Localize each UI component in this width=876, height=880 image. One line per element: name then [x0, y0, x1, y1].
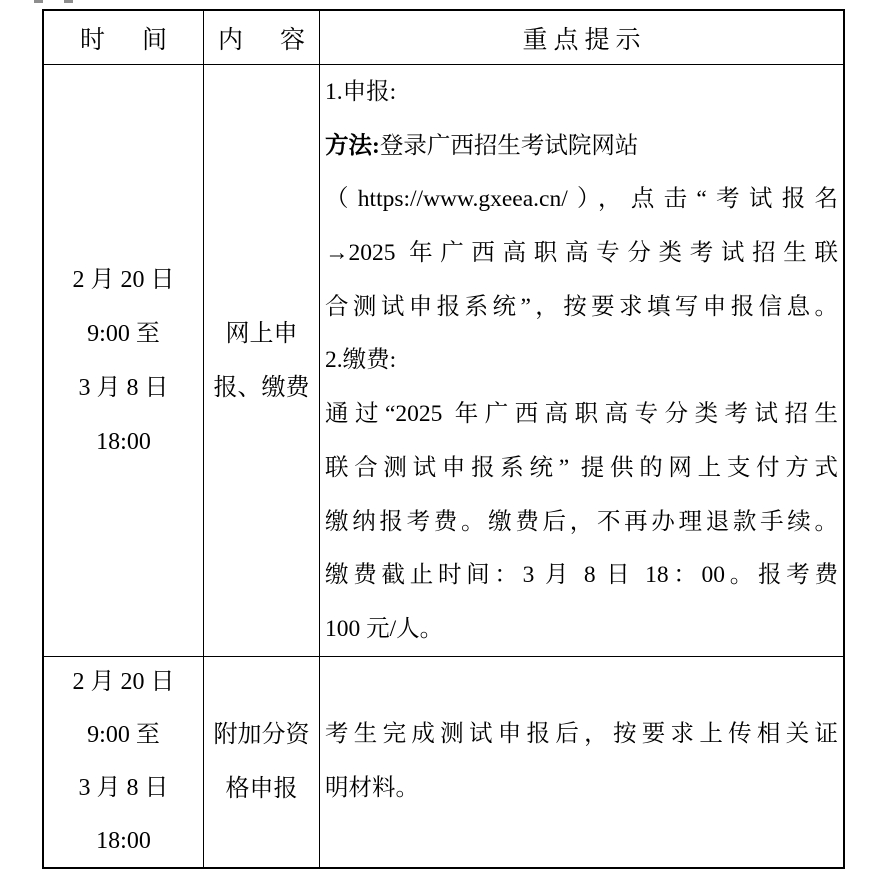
tips-line: 2.缴费: — [325, 334, 838, 388]
header-cell-time: 时 间 — [44, 11, 204, 65]
time-line: 9:00 至 — [87, 307, 160, 361]
header-cell-content: 内 容 — [204, 11, 320, 65]
tips-line: 缴费截止时间：3 月 8 日 18：00。报考费 — [325, 549, 838, 603]
header-cell-tips: 重点提示 — [320, 11, 843, 65]
tips-line: →2025 年广西高职高专分类考试招生联 — [325, 227, 838, 281]
content-line: 附加分资 — [214, 708, 310, 762]
tips-line: 1.申报: — [325, 66, 838, 120]
time-line: 3 月 8 日 — [79, 762, 169, 815]
tips-line: 方法:登录广西招生考试院网站 — [325, 120, 838, 174]
tips-line: 100 元/人。 — [325, 603, 838, 657]
tips-line: 明材料。 — [325, 762, 838, 816]
header-time-label: 时 间 — [74, 20, 173, 56]
row1-tips-cell: 1.申报: 方法:登录广西招生考试院网站 （https://www.gxeea.… — [320, 65, 843, 657]
tips-line: 缴纳报考费。缴费后，不再办理退款手续。 — [325, 496, 838, 550]
content-line: 格申报 — [226, 762, 298, 816]
content-line: 报、缴费 — [214, 361, 310, 415]
tips-line: 考生完成测试申报后，按要求上传相关证 — [325, 708, 838, 762]
row2-content-cell: 附加分资 格申报 — [204, 657, 320, 867]
time-line: 3 月 8 日 — [79, 361, 169, 415]
content-line: 网上申 — [226, 307, 298, 361]
row1-time-cell: 2 月 20 日 9:00 至 3 月 8 日 18:00 — [44, 65, 204, 657]
time-line: 18:00 — [96, 415, 151, 469]
time-line: 18:00 — [96, 815, 151, 867]
row1-content-cell: 网上申 报、缴费 — [204, 65, 320, 657]
tips-line-text: 登录广西招生考试院网站 — [380, 133, 639, 159]
tips-line: 合测试申报系统”，按要求填写申报信息。 — [325, 281, 838, 335]
time-line: 2 月 20 日 — [73, 657, 175, 709]
tips-line: 联合测试申报系统” 提供的网上支付方式 — [325, 442, 838, 496]
time-line: 9:00 至 — [87, 709, 160, 762]
registration-schedule-table: 时 间 内 容 重点提示 2 月 20 日 9:00 至 3 月 8 日 18:… — [42, 9, 845, 869]
header-content-label: 内 容 — [212, 20, 311, 56]
tips-line: 通过“2025 年广西高职高专分类考试招生 — [325, 388, 838, 442]
header-tips-label: 重点提示 — [516, 20, 646, 56]
row2-tips-cell: 考生完成测试申报后，按要求上传相关证 明材料。 — [320, 657, 843, 867]
tips-line: （https://www.gxeea.cn/），点击“考试报名 — [325, 173, 838, 227]
cropped-text-remnant — [34, 0, 43, 3]
time-line: 2 月 20 日 — [73, 253, 175, 307]
cropped-text-remnant — [64, 0, 73, 3]
tips-bold-prefix: 方法: — [325, 133, 380, 159]
row2-time-cell: 2 月 20 日 9:00 至 3 月 8 日 18:00 — [44, 657, 204, 867]
